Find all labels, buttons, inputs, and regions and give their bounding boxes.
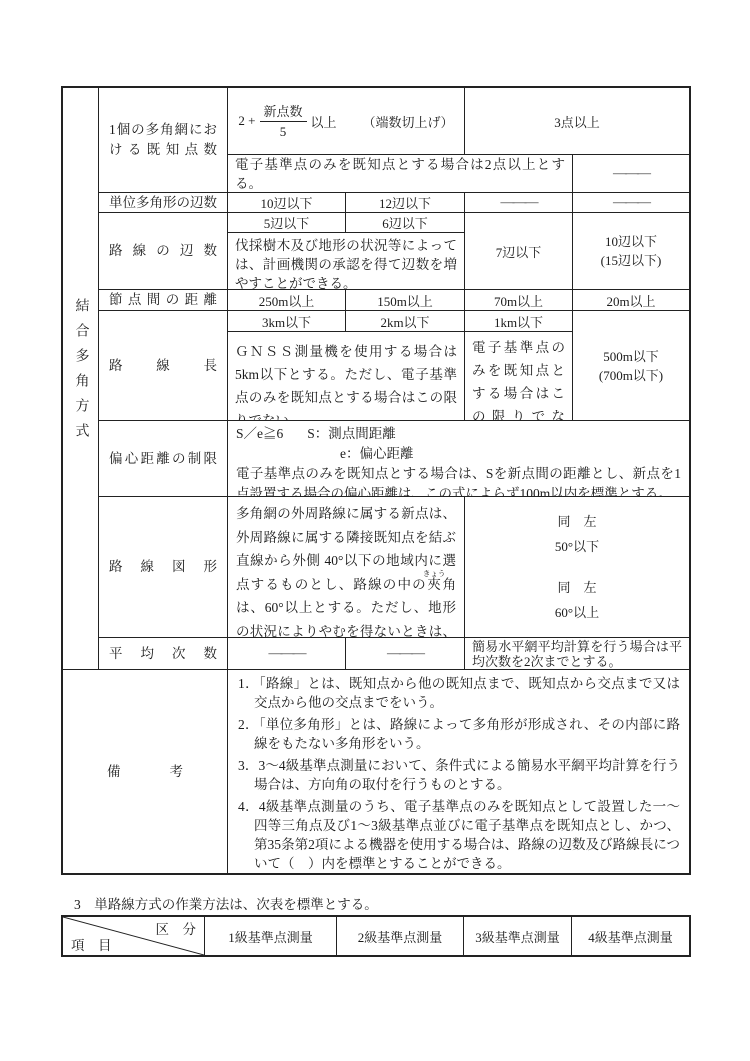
route-shape-label-cell: 路線図形 [99, 497, 228, 638]
spacer [283, 424, 307, 444]
diagonal-header-cell: 区 分 項 目 [63, 917, 205, 955]
known-points-dash-cell: ——— [573, 155, 689, 193]
known-points-formula-cell: 2 + 新点数 5 以上 （端数切上げ） [228, 88, 465, 155]
route-shape-right-cell: 同 左 50°以下 同 左 60°以上 [465, 497, 689, 638]
eccentricity-content-cell: S／e≧6 S：測点間距離 e：偏心距離 電子基準点のみを既知点とする場合は、S… [228, 421, 689, 497]
route-length-c4-line2: (700m以下) [599, 366, 663, 385]
route-length-c3-value: 1km以下 [494, 312, 543, 331]
route-length-c2-value: 2km以下 [380, 312, 429, 331]
eccentricity-label: 偏心距離の制限 [99, 449, 227, 469]
remark-item-2: 2．「単位多角形」とは、路線によって多角形が形成され、その内部に路線をもたない多… [238, 715, 680, 753]
method-label: 結合多角方式 [71, 298, 91, 459]
average-order-note: 簡易水平網平均計算を行う場合は平均次数を2次までとする。 [472, 639, 682, 669]
known-points-sub-cell: 電子基準点のみを既知点とする場合は2点以上とする。 [228, 155, 573, 193]
route-length-label-cell: 路線長 [99, 311, 228, 421]
node-distance-label: 節点間の距離 [99, 290, 227, 310]
route-edges-c3: 7辺以下 [465, 213, 573, 290]
average-order-c2: ——— [346, 638, 465, 670]
grade-column-2-label: 2級基準点測量 [358, 927, 443, 946]
remarks-label-cell: 備考 [63, 670, 228, 873]
node-distance-label-cell: 節点間の距離 [99, 290, 228, 311]
node-distance-c1-value: 250m以上 [259, 291, 315, 310]
corner-label-item: 項 目 [71, 934, 112, 954]
node-distance-c1: 250m以上 [228, 290, 346, 311]
remark-item-4: 4．4級基準点測量のうち、電子基準点のみを既知点として設置した一～四等三角点及び… [238, 797, 680, 873]
route-edges-label: 路線の辺数 [99, 241, 227, 261]
route-edges-c3-value: 7辺以下 [496, 242, 542, 261]
unit-edges-c4: ——— [573, 193, 689, 213]
route-length-c3: 1km以下 [465, 311, 573, 332]
route-length-c1-value: 3km以下 [262, 312, 311, 331]
fraction-denominator: 5 [280, 122, 287, 139]
node-distance-c4-value: 20m以上 [606, 291, 655, 310]
route-edges-c2-value: 6辺以下 [382, 213, 428, 232]
route-shape-text-cell: 多角網の外周路線に属する新点は、外周路線に属する隣接既知点を結ぶ直線から外側 4… [228, 497, 465, 638]
fraction-numerator: 新点数 [260, 104, 307, 122]
average-order-note-cell: 簡易水平網平均計算を行う場合は平均次数を2次までとする。 [465, 638, 689, 670]
route-edges-c2: 6辺以下 [346, 213, 465, 233]
dash-line: ——— [501, 195, 537, 211]
route-shape-right-line1: 同 左 [557, 509, 596, 534]
route-edges-note: 伐採樹木及び地形の状況等によっては、計画機関の承認を得て辺数を増やすことができる… [235, 238, 457, 290]
corner-label-category: 区 分 [156, 918, 197, 938]
grade-column-3: 3級基準点測量 [464, 917, 572, 955]
route-length-note12: ＧＮＳＳ測量機を使用する場合は5km以下とする。ただし、電子基準点のみを既知点と… [235, 344, 457, 421]
node-distance-c2-value: 150m以上 [377, 291, 433, 310]
unit-edges-c1: 10辺以下 [228, 193, 346, 213]
formula-suffix: 以上 [311, 112, 337, 131]
dash-line: ——— [613, 195, 649, 211]
known-points-label: 1個の多角網における既知点数 [99, 120, 227, 160]
formula-fraction: 新点数 5 [260, 104, 307, 139]
formula-prefix: 2 + [238, 113, 255, 129]
remark-item-1: 1．「路線」とは、既知点から他の既知点まで、既知点から交点まで又は交点から他の交… [238, 674, 680, 712]
unit-edges-c2-value: 12辺以下 [379, 193, 431, 212]
document-page: 結合多角方式 1個の多角網における既知点数 2 + 新点数 5 以上 （端数切上… [0, 0, 750, 1061]
route-shape-right-line3: 同 左 [557, 575, 596, 600]
route-length-label: 路線長 [99, 356, 227, 376]
grade-column-4-label: 4級基準点測量 [588, 927, 673, 946]
node-distance-c4: 20m以上 [573, 290, 689, 311]
grade-column-2: 2級基準点測量 [337, 917, 464, 955]
dash-line: ——— [269, 646, 305, 662]
route-length-c2: 2km以下 [346, 311, 465, 332]
grade-column-1-label: 1級基準点測量 [228, 927, 313, 946]
unit-edges-c3: ——— [465, 193, 573, 213]
route-length-note12-cell: ＧＮＳＳ測量機を使用する場合は5km以下とする。ただし、電子基準点のみを既知点と… [228, 332, 465, 421]
route-edges-c4-line1: 10辺以下 [605, 232, 657, 251]
dash-line: ——— [387, 646, 423, 662]
average-order-label-cell: 平均次数 [99, 638, 228, 670]
route-edges-c1-value: 5辺以下 [264, 213, 310, 232]
unit-edges-c1-value: 10辺以下 [260, 193, 312, 212]
unit-edges-c2: 12辺以下 [346, 193, 465, 213]
single-route-paragraph: 3 単路線方式の作業方法は、次表を標準とする。 [74, 893, 378, 913]
route-edges-c4: 10辺以下 (15辺以下) [573, 213, 689, 290]
route-length-c4: 500m以下 (700m以下) [573, 311, 689, 421]
route-edges-label-cell: 路線の辺数 [99, 213, 228, 290]
route-shape-right-line4: 60°以上 [555, 600, 599, 625]
known-points-sub-text: 電子基準点のみを既知点とする場合は2点以上とする。 [235, 155, 565, 193]
grade-column-3-label: 3級基準点測量 [475, 927, 560, 946]
route-shape-right-line2: 50°以下 [555, 534, 599, 559]
route-length-c1: 3km以下 [228, 311, 346, 332]
formula-note: （端数切上げ） [363, 112, 454, 131]
grade-column-4: 4級基準点測量 [572, 917, 689, 955]
known-points-simple-cell: 3点以上 [465, 88, 689, 155]
average-order-label: 平均次数 [99, 644, 227, 664]
node-distance-c3: 70m以上 [465, 290, 573, 311]
grade-column-1: 1級基準点測量 [205, 917, 337, 955]
single-route-table: 区 分 項 目 1級基準点測量 2級基準点測量 3級基準点測量 4級基準点測量 [61, 915, 691, 957]
remarks-content-cell: 1．「路線」とは、既知点から他の既知点まで、既知点から交点まで又は交点から他の交… [228, 670, 689, 873]
unit-edges-label: 単位多角形の辺数 [99, 193, 227, 213]
eccentricity-e-definition: e：偏心距離 [340, 444, 681, 464]
route-length-note3-cell: 電子基準点のみを既知点とする場合はこの限りでない。 [465, 332, 573, 421]
method-column-cell: 結合多角方式 [63, 88, 99, 670]
eccentricity-s-definition: S：測点間距離 [307, 424, 396, 444]
dash-line: ——— [613, 166, 649, 182]
route-edges-c4-line2: (15辺以下) [601, 251, 662, 270]
route-length-c4-line1: 500m以下 [603, 347, 659, 366]
route-shape-label: 路線図形 [99, 557, 227, 577]
node-distance-c2: 150m以上 [346, 290, 465, 311]
unit-edges-label-cell: 単位多角形の辺数 [99, 193, 228, 213]
eccentricity-formula: S／e≧6 [236, 424, 283, 444]
eccentricity-formula-line: S／e≧6 S：測点間距離 [236, 424, 681, 444]
kyo-ruby: 夾きょう [427, 577, 442, 592]
traverse-method-table: 結合多角方式 1個の多角網における既知点数 2 + 新点数 5 以上 （端数切上… [61, 86, 691, 875]
ruby-reading: きょう [423, 569, 446, 578]
known-points-simple-value: 3点以上 [554, 112, 600, 131]
eccentricity-label-cell: 偏心距離の制限 [99, 421, 228, 497]
known-points-label-cell: 1個の多角網における既知点数 [99, 88, 228, 193]
average-order-c1: ——— [228, 638, 346, 670]
node-distance-c3-value: 70m以上 [494, 291, 543, 310]
eccentricity-note: 電子基準点のみを既知点とする場合は、Sを新点間の距離とし、新点を1点設置する場合… [236, 464, 681, 497]
remarks-label: 備考 [63, 762, 227, 782]
route-edges-note-cell: 伐採樹木及び地形の状況等によっては、計画機関の承認を得て辺数を増やすことができる… [228, 233, 465, 290]
remark-item-3: 3．3～4級基準点測量において、条件式による簡易水平網平均計算を行う場合は、方向… [238, 756, 680, 794]
route-length-note3: 電子基準点のみを既知点とする場合はこの限りでない。 [472, 340, 565, 421]
route-edges-c1: 5辺以下 [228, 213, 346, 233]
